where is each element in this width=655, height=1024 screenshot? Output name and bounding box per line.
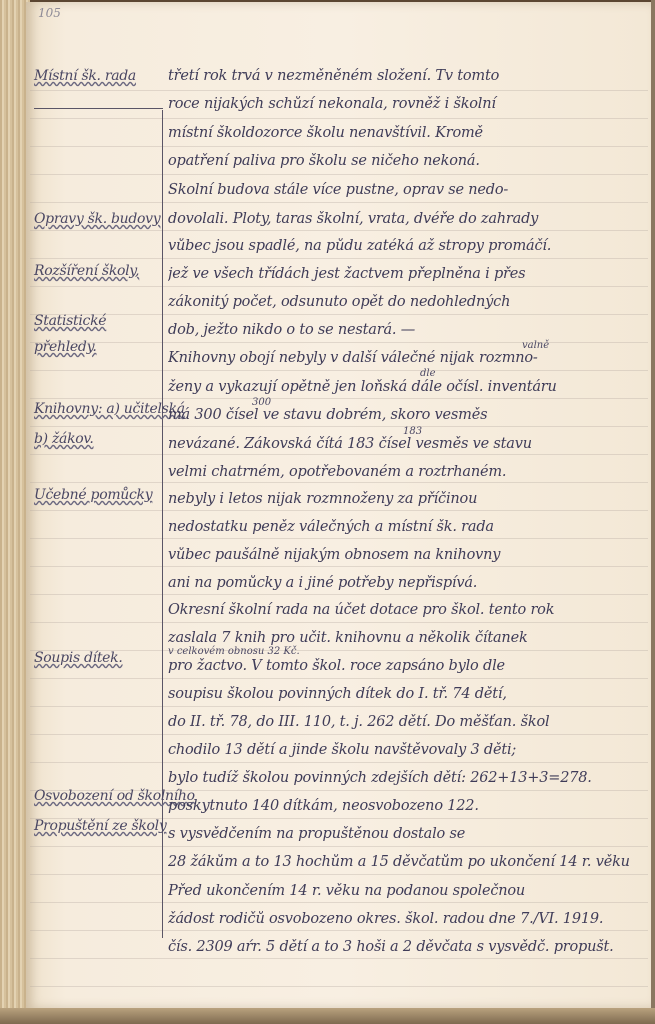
text-line: nevázané. Žákovská čítá 183 čísel vesměs… [168, 436, 648, 452]
margin-note-knihovny-a: Knihovny: a) učitelská [34, 401, 185, 417]
text-line: 28 žákům a to 13 hochům a 15 děvčatům po… [168, 854, 648, 870]
ruled-line [30, 622, 648, 623]
text-line: bylo tudíž školou povinných zdejších dět… [168, 770, 648, 786]
text-line: žádost rodičů osvobozeno okres. škol. ra… [168, 911, 648, 927]
margin-note-propusteni: Propuštění ze školy [34, 818, 166, 834]
ruled-line [30, 454, 648, 455]
insertion-note: dle [420, 368, 436, 379]
text-line: jež ve všech třídách jest žactvem přepln… [168, 266, 648, 282]
margin-note-rozsireni-skoly: Rozšíření školy, [34, 263, 139, 279]
text-line: ani na pomůcky a i jiné potřeby nepřispí… [168, 575, 648, 591]
ruled-line [30, 594, 648, 595]
text-line: zákonitý počet, odsunuto opět do nedohle… [168, 294, 648, 310]
text-line: velmi chatrném, opotřebovaném a roztrhan… [168, 464, 648, 480]
text-line: nebyly i letos nijak rozmnoženy za příči… [168, 491, 648, 507]
insertion-note: valně [522, 340, 549, 351]
text-line: Před ukončením 14 r. věku na podanou spo… [168, 883, 648, 899]
margin-note-ucebne-pomucky: Učebné pomůcky [34, 487, 152, 503]
text-line: poskytnuto 140 dítkám, neosvobozeno 122. [168, 798, 648, 814]
ruled-line [30, 874, 648, 875]
text-line: nedostatku peněz válečných a místní šk. … [168, 519, 648, 535]
text-line: zaslala 7 knih pro učit. knihovnu a něko… [168, 630, 648, 646]
insertion-note: v celkovém obnosu 32 Kč. [168, 646, 300, 657]
ruled-line [30, 482, 648, 483]
ruled-line [30, 258, 648, 259]
binding-right-edge [651, 0, 655, 1024]
text-line: čís. 2309 aŕr. 5 dětí a to 3 hoši a 2 dě… [168, 939, 648, 955]
ruled-line [30, 370, 648, 371]
margin-note-statisticke: Statistické [34, 313, 106, 329]
insertion-note: 183 [403, 426, 422, 437]
ruled-line [30, 342, 648, 343]
text-line: roce nijakých schůzí nekonala, rovněž i … [168, 96, 648, 112]
ruled-line [30, 734, 648, 735]
ruled-line [30, 202, 648, 203]
ruled-line [30, 314, 648, 315]
binding-bottom-edge [0, 1008, 655, 1024]
margin-note-prehledy: přehledy. [34, 339, 96, 355]
ruled-line [30, 566, 648, 567]
ruled-line [30, 930, 648, 931]
ruled-line [30, 90, 648, 91]
text-line: Okresní školní rada na účet dotace pro š… [168, 602, 648, 618]
ruled-line [30, 426, 648, 427]
book-spread: 105 Místní šk. radaOpravy šk. budovyRozš… [0, 0, 655, 1024]
text-line: má 300 čísel ve stavu dobrém, skoro vesm… [168, 407, 648, 423]
text-line: místní školdozorce školu nenavštívil. Kr… [168, 125, 648, 141]
ruled-line [30, 902, 648, 903]
ruled-line [30, 146, 648, 147]
text-line: pro žactvo. V tomto škol. roce zapsáno b… [168, 658, 648, 674]
margin-note-mistni-sk-rada: Místní šk. rada [34, 68, 136, 84]
text-line: Školní budova stále více pustne, oprav s… [168, 182, 648, 198]
margin-note-soupis-ditek: Soupis dítek. [34, 650, 123, 666]
text-line: třetí rok trvá v nezměněném složení. Tv … [168, 68, 648, 84]
margin-rule-top [34, 108, 163, 109]
text-line: s vysvědčením na propuštěnou dostalo se [168, 826, 648, 842]
ruled-line [30, 230, 648, 231]
ruled-line [30, 398, 648, 399]
ruled-line [30, 762, 648, 763]
text-line: dovolali. Ploty, taras školní, vrata, dv… [168, 211, 648, 227]
page-number: 105 [38, 6, 61, 20]
ruled-line [30, 174, 648, 175]
margin-note-opravy-sk-budovy: Opravy šk. budovy [34, 211, 160, 227]
ruled-line [30, 986, 648, 987]
text-line: chodilo 13 dětí a jinde školu navštěvova… [168, 742, 648, 758]
text-line: soupisu školou povinných dítek do I. tř.… [168, 686, 648, 702]
text-line: Knihovny obojí nebyly v další válečné ni… [168, 350, 648, 366]
ruled-line [30, 286, 648, 287]
margin-note-knihovny-b: b) žákov. [34, 431, 94, 447]
ruled-line [30, 678, 648, 679]
insertion-note: 300 [252, 397, 271, 408]
ruled-line [30, 958, 648, 959]
ruled-line [30, 706, 648, 707]
text-line: ženy a vykazují opětně jen loňská dále o… [168, 379, 648, 395]
ruled-line [30, 846, 648, 847]
ruled-line [30, 538, 648, 539]
text-line: do II. tř. 78, do III. 110, t. j. 262 dě… [168, 714, 648, 730]
text-line: opatření paliva pro školu se ničeho neko… [168, 153, 648, 169]
text-line: vůbec paušálně nijakým obnosem na knihov… [168, 547, 648, 563]
ruled-line [30, 118, 648, 119]
margin-column-divider [162, 110, 163, 938]
text-line: vůbec jsou spadlé, na půdu zatéká až str… [168, 238, 648, 254]
ruled-line [30, 510, 648, 511]
text-line: dob, ježto nikdo o to se nestará. — [168, 322, 648, 338]
